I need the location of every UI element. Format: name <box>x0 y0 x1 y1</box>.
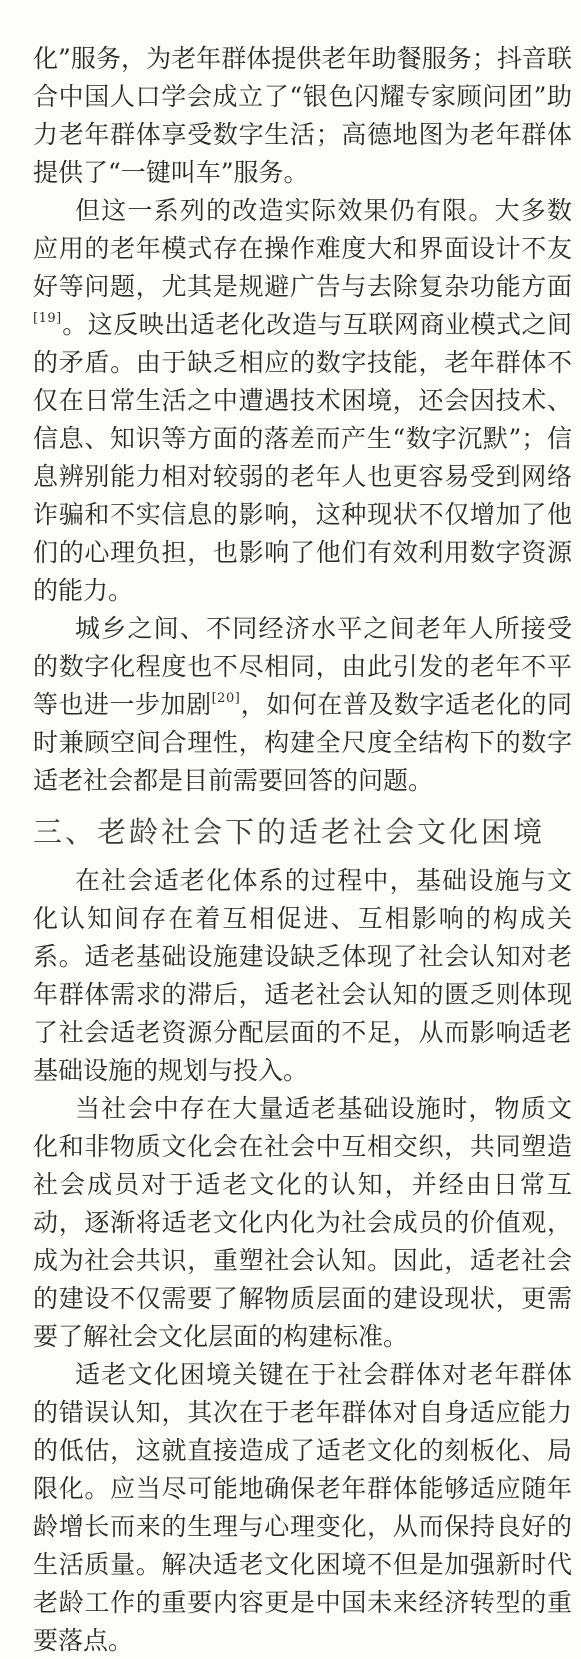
paragraph-1: 化”服务，为老年群体提供老年助餐服务；抖音联合中国人口学会成立了“银色闪耀专家顾… <box>33 40 572 192</box>
paragraph-4-text: 在社会适老化体系的过程中，基础设施与文化认知间存在着互相促进、互相影响的构成关系… <box>33 866 572 1085</box>
paragraph-5: 当社会中存在大量适老基础设施时，物质文化和非物质文化会在社会中互相交织，共同塑造… <box>33 1090 572 1356</box>
paragraph-1-text: 化”服务，为老年群体提供老年助餐服务；抖音联合中国人口学会成立了“银色闪耀专家顾… <box>33 44 572 187</box>
paragraph-5-text: 当社会中存在大量适老基础设施时，物质文化和非物质文化会在社会中互相交织，共同塑造… <box>33 1094 572 1351</box>
section-heading: 三、老龄社会下的适老社会文化困境 <box>33 810 572 854</box>
paragraph-2-text-before-ref: 但这一系列的改造实际效果仍有限。大多数应用的老年模式存在操作难度大和界面设计不友… <box>33 196 572 301</box>
paragraph-3: 城乡之间、不同经济水平之间老年人所接受的数字化程度也不尽相同，由此引发的老年不平… <box>33 610 572 800</box>
document-page: 化”服务，为老年群体提供老年助餐服务；抖音联合中国人口学会成立了“银色闪耀专家顾… <box>0 0 581 1659</box>
citation-ref-20: [20] <box>212 691 241 706</box>
paragraph-4: 在社会适老化体系的过程中，基础设施与文化认知间存在着互相促进、互相影响的构成关系… <box>33 862 572 1090</box>
citation-ref-19: [19] <box>33 311 62 326</box>
paragraph-2-text-after-ref: 。这反映出适老化改造与互联网商业模式之间的矛盾。由于缺乏相应的数字技能，老年群体… <box>33 310 572 605</box>
paragraph-6: 适老文化困境关键在于社会群体对老年群体的错误认知，其次在于老年群体对自身适应能力… <box>33 1356 572 1659</box>
paragraph-2: 但这一系列的改造实际效果仍有限。大多数应用的老年模式存在操作难度大和界面设计不友… <box>33 192 572 610</box>
paragraph-6-text: 适老文化困境关键在于社会群体对老年群体的错误认知，其次在于老年群体对自身适应能力… <box>33 1360 572 1655</box>
